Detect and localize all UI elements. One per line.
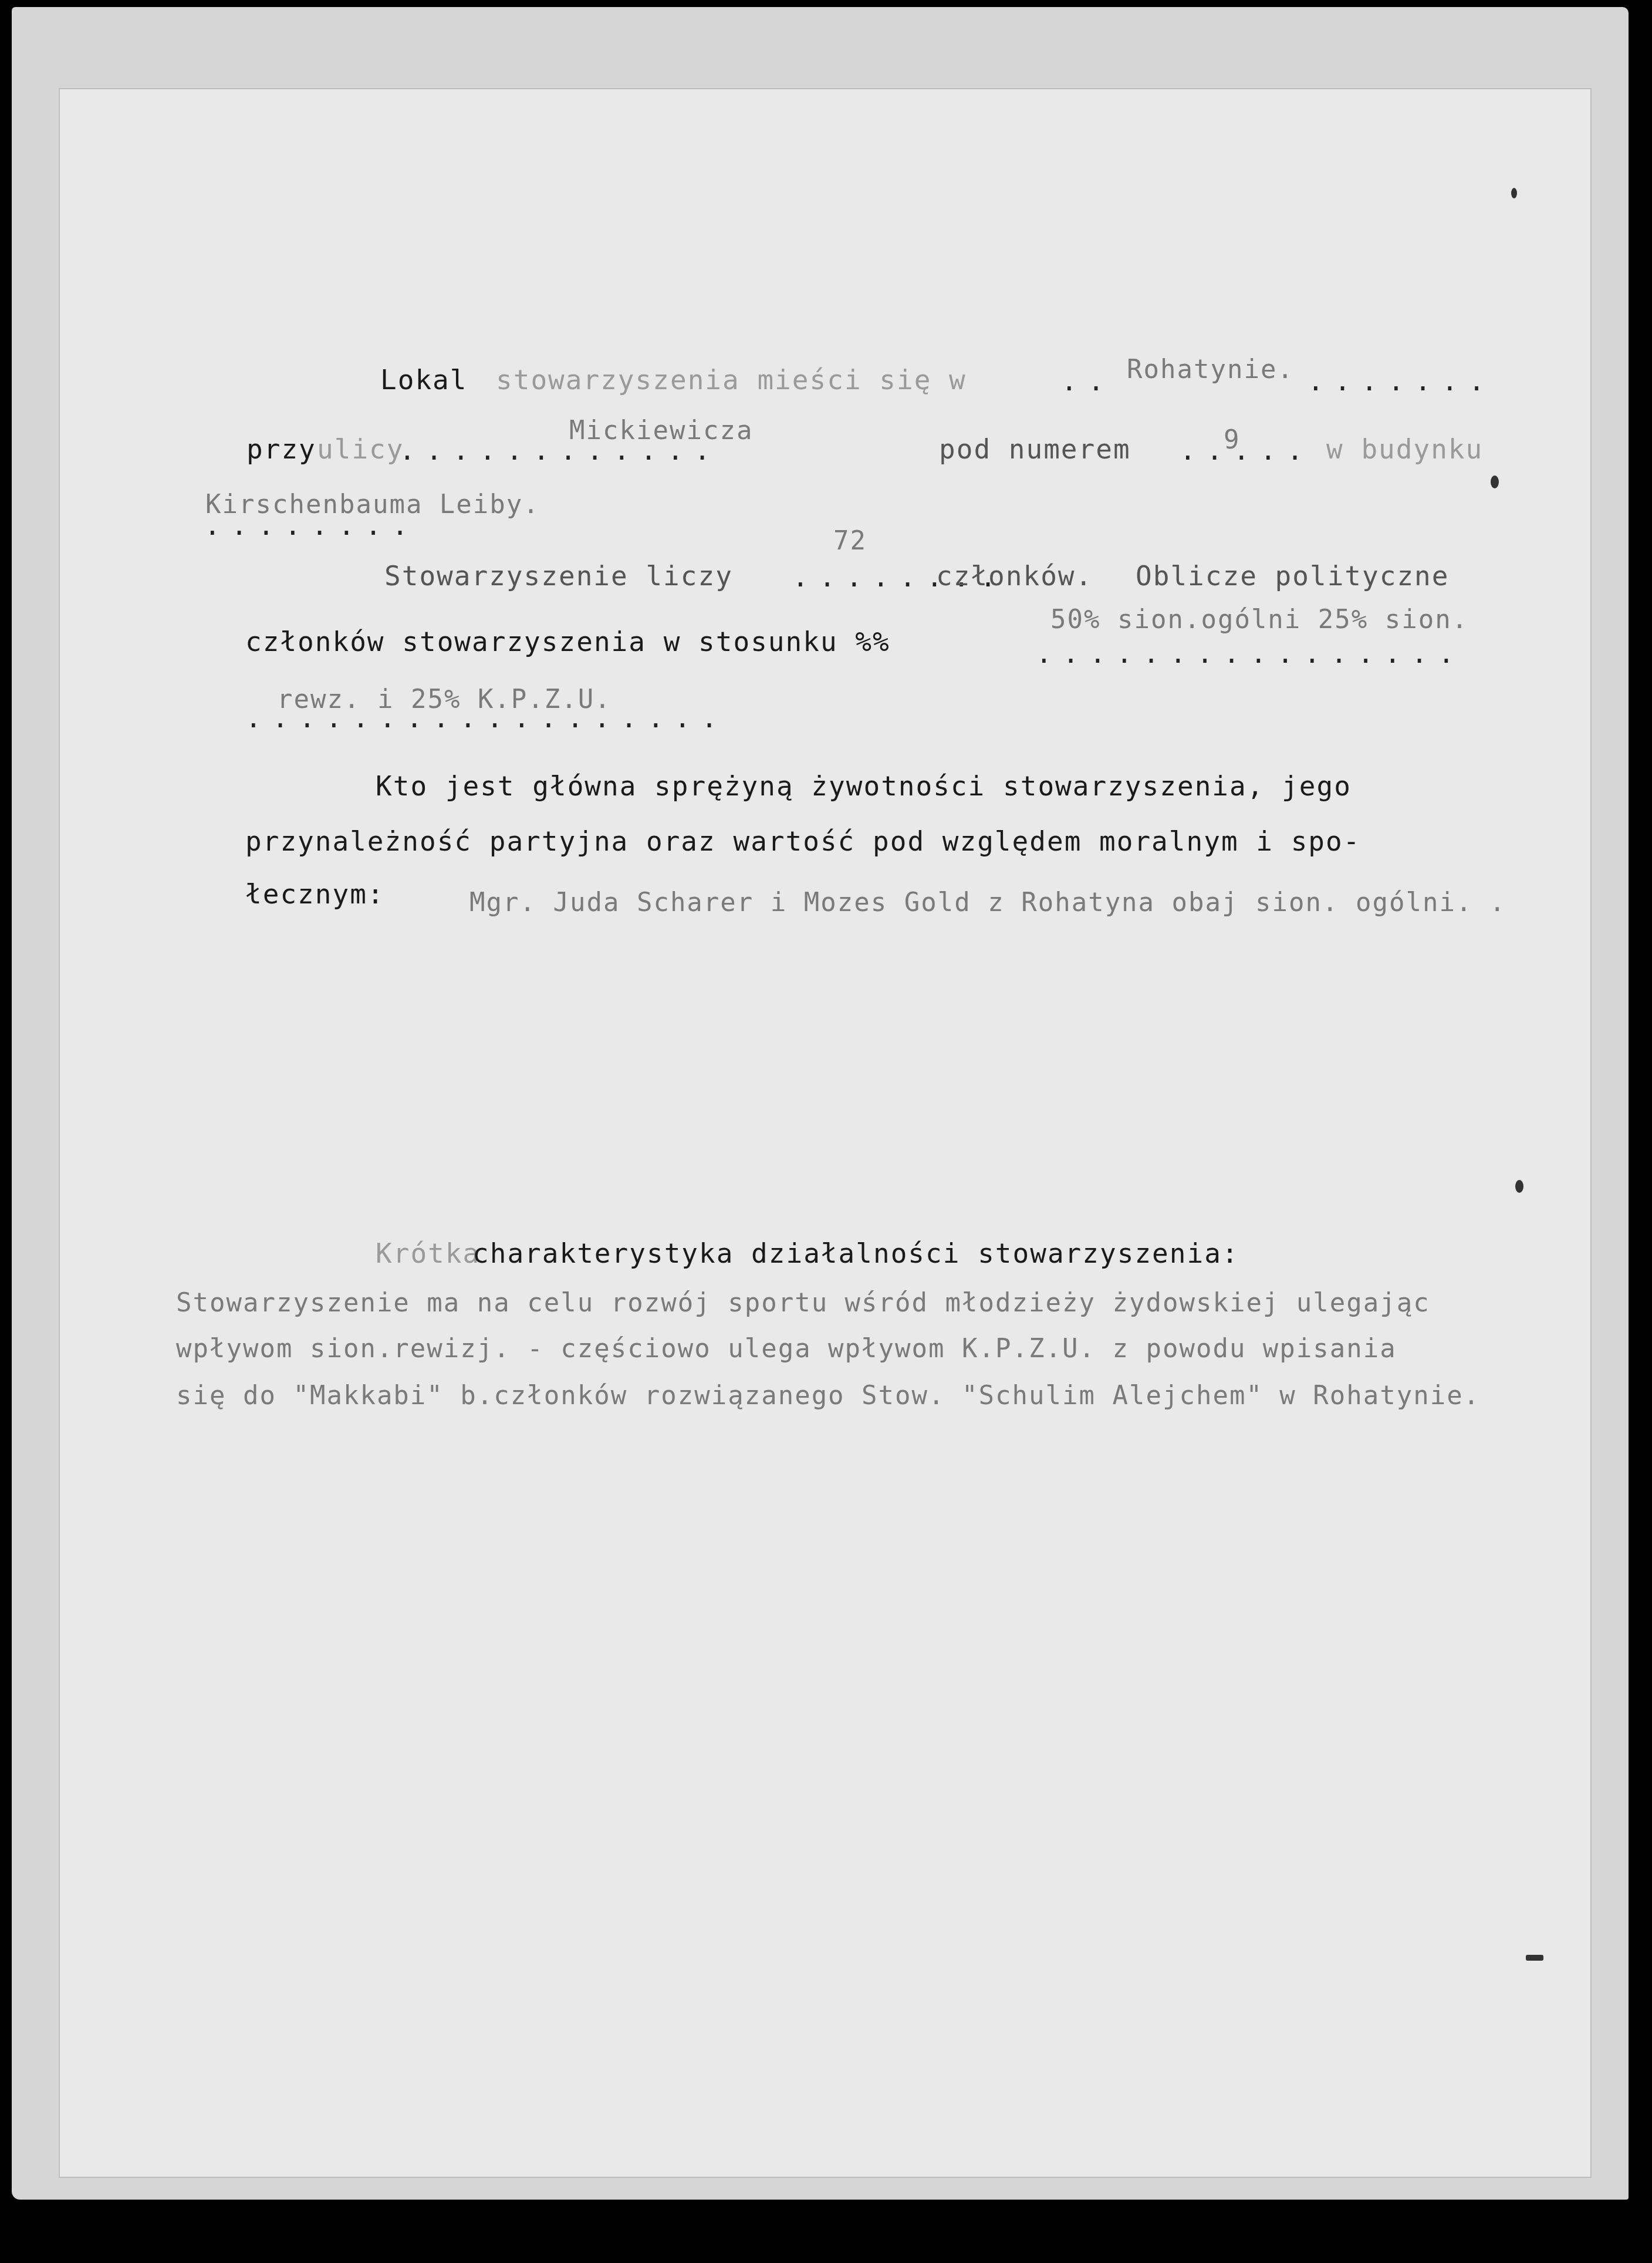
location-label-lokal: Lokal — [380, 366, 467, 393]
activity-text-line1: Stowarzyszenie ma na celu rozwój sportu … — [176, 1290, 1430, 1316]
members-label-czlonkow: członków. — [936, 562, 1093, 589]
ink-speck — [1491, 475, 1499, 488]
town-value: Rohatynie. — [1127, 357, 1294, 383]
street-label-ulicy: ulicy — [317, 436, 404, 463]
members-label: Stowarzyszenie liczy — [384, 562, 733, 589]
number-dots: ..... — [1180, 437, 1313, 464]
building-dots: ........ — [204, 512, 419, 539]
document-page: Lokal stowarzyszenia mieści się w .. Roh… — [59, 88, 1592, 2178]
street-value: Mickiewicza — [569, 418, 753, 444]
number-value: 9 — [1224, 427, 1241, 453]
percent-value-1: 50% sion.ogólni 25% sion. — [1050, 607, 1468, 633]
leaders-question-line2: przynależność partyjna oraz wartość pod … — [245, 828, 1360, 855]
member-count-value: 72 — [833, 528, 867, 554]
ink-speck — [1511, 188, 1517, 198]
activity-heading-krotka: Krótka — [376, 1240, 480, 1267]
percent-label: członków stowarzyszenia w stosunku %% — [245, 628, 890, 655]
leaders-answer: Mgr. Juda Scharer i Mozes Gold z Rohatyn… — [469, 890, 1506, 916]
leaders-question-line1: Kto jest główna sprężyną żywotności stow… — [376, 773, 1352, 800]
location-label-mieści: stowarzyszenia mieści się w — [496, 366, 967, 393]
percent-dots-2: .................. — [245, 704, 728, 731]
ink-speck — [1526, 1955, 1543, 1961]
activity-heading: charakterystyka działalności stowarzysze… — [472, 1240, 1239, 1267]
number-label: pod numerem — [939, 436, 1131, 463]
leaders-question-line3: łecznym: — [245, 881, 385, 908]
town-dots-b: ....... — [1308, 367, 1495, 394]
street-label-przy: przy — [246, 436, 316, 463]
activity-text-line2: wpływom sion.rewizj. - częściowo ulega w… — [176, 1336, 1397, 1362]
town-dots-a: .. — [1061, 367, 1114, 394]
building-label: w budynku — [1326, 436, 1483, 463]
activity-text-line3: się do "Makkabi" b.członków rozwiązanego… — [176, 1383, 1480, 1409]
ink-speck — [1515, 1180, 1523, 1193]
percent-dots-1: ................ — [1036, 640, 1465, 667]
political-profile-label: Oblicze polityczne — [1136, 562, 1450, 589]
